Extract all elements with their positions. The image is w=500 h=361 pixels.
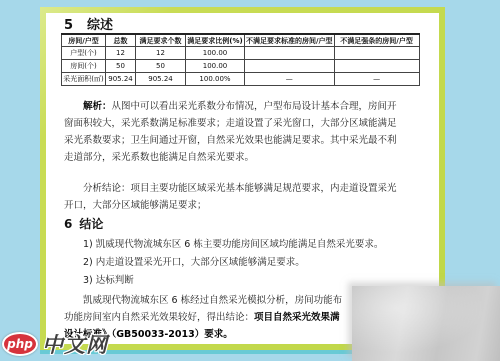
section-title: 综述 bbox=[87, 14, 113, 33]
section-number: 6 bbox=[64, 217, 72, 231]
paragraph-line: 采光系数要求；卫生间通过开窗，自然采光效果也能满足要求。其中采光最不利 bbox=[64, 132, 434, 149]
table-cell: — bbox=[245, 73, 335, 86]
table-cell: 100.00% bbox=[186, 73, 245, 86]
section-title: 结论 bbox=[79, 215, 103, 232]
paragraph-line: 解析：从图中可以看出采光系数分布情况，户型布局设计基本合理，房间开 bbox=[64, 98, 434, 115]
table-cell bbox=[334, 47, 419, 60]
table-cell: 12 bbox=[106, 47, 136, 60]
php-logo-badge-icon: php bbox=[2, 332, 38, 356]
table-cell: — bbox=[334, 73, 419, 86]
paragraph-line: 分析结论：项目主要功能区域采光基本能够满足规范要求，内走道设置采光 bbox=[64, 180, 434, 197]
analysis-conclusion-paragraph: 分析结论：项目主要功能区域采光基本能够满足规范要求，内走道设置采光 开口，大部分… bbox=[64, 180, 434, 214]
table-header-cell: 不满足强条的房间/户型 bbox=[334, 34, 419, 47]
conclusion-item: 2) 内走道设置采光开口，大部分区域能够满足要求。 bbox=[64, 254, 434, 272]
table-row: 房间(个) 50 50 100.00 bbox=[62, 60, 420, 73]
paragraph-text: 功能房间室内自然采光效果较好，得出结论： bbox=[64, 312, 254, 323]
table-cell: 户型(个) bbox=[62, 47, 106, 60]
table-cell: 房间(个) bbox=[62, 60, 106, 73]
table-cell bbox=[334, 60, 419, 73]
table-cell: 采光面积(㎡) bbox=[62, 73, 106, 86]
table-cell: 905.24 bbox=[136, 73, 186, 86]
paragraph-line: 开口，大部分区域能够满足要求； bbox=[64, 197, 434, 214]
paragraph-line: 走道部分，采光系数也能满足自然采光要求。 bbox=[64, 149, 434, 166]
section-heading-conclusion: 6 结论 bbox=[64, 215, 103, 232]
blurred-region bbox=[352, 286, 500, 361]
summary-table: 房间/户型 总数 满足要求个数 满足要求比例(%) 不满足要求标准的房间/户型 … bbox=[61, 33, 420, 86]
php-cn-watermark-logo: php 中文网 bbox=[2, 330, 108, 358]
section-heading-overview: 5 综述 bbox=[64, 14, 113, 33]
table-cell: 905.24 bbox=[106, 73, 136, 86]
paragraph-bold-text: 项目自然采光效果满 bbox=[254, 312, 340, 323]
logo-text: 中文网 bbox=[42, 329, 108, 359]
table-cell: 100.00 bbox=[186, 47, 245, 60]
table-header-cell: 总数 bbox=[106, 34, 136, 47]
analysis-label: 解析： bbox=[83, 101, 112, 112]
section-number: 5 bbox=[64, 18, 73, 33]
page-background: 5 综述 房间/户型 总数 满足要求个数 满足要求比例(%) 不满足要求标准的房… bbox=[0, 0, 500, 361]
table-cell bbox=[245, 47, 335, 60]
table-header-cell: 不满足要求标准的房间/户型 bbox=[245, 34, 335, 47]
conclusion-item: 1) 凯威现代物流城东区 6 栋主要功能房间区域均能满足自然采光要求。 bbox=[64, 236, 434, 254]
table-cell: 100.00 bbox=[186, 60, 245, 73]
table-header-row: 房间/户型 总数 满足要求个数 满足要求比例(%) 不满足要求标准的房间/户型 … bbox=[62, 34, 420, 47]
table-cell: 50 bbox=[136, 60, 186, 73]
paragraph-text: 从图中可以看出采光系数分布情况，户型布局设计基本合理，房间开 bbox=[112, 101, 397, 112]
table-cell bbox=[245, 60, 335, 73]
conclusion-list: 1) 凯威现代物流城东区 6 栋主要功能房间区域均能满足自然采光要求。 2) 内… bbox=[64, 236, 434, 290]
table-row: 采光面积(㎡) 905.24 905.24 100.00% — — bbox=[62, 73, 420, 86]
table-header-cell: 满足要求比例(%) bbox=[186, 34, 245, 47]
table-header-cell: 满足要求个数 bbox=[136, 34, 186, 47]
paragraph-line: 窗面积较大，采光系数满足标准要求；走道设置了采光窗口，大部分区域能满足 bbox=[64, 115, 434, 132]
analysis-paragraph: 解析：从图中可以看出采光系数分布情况，户型布局设计基本合理，房间开 窗面积较大，… bbox=[64, 98, 434, 166]
table-cell: 12 bbox=[136, 47, 186, 60]
table-row: 户型(个) 12 12 100.00 bbox=[62, 47, 420, 60]
table-header-cell: 房间/户型 bbox=[62, 34, 106, 47]
table-cell: 50 bbox=[106, 60, 136, 73]
